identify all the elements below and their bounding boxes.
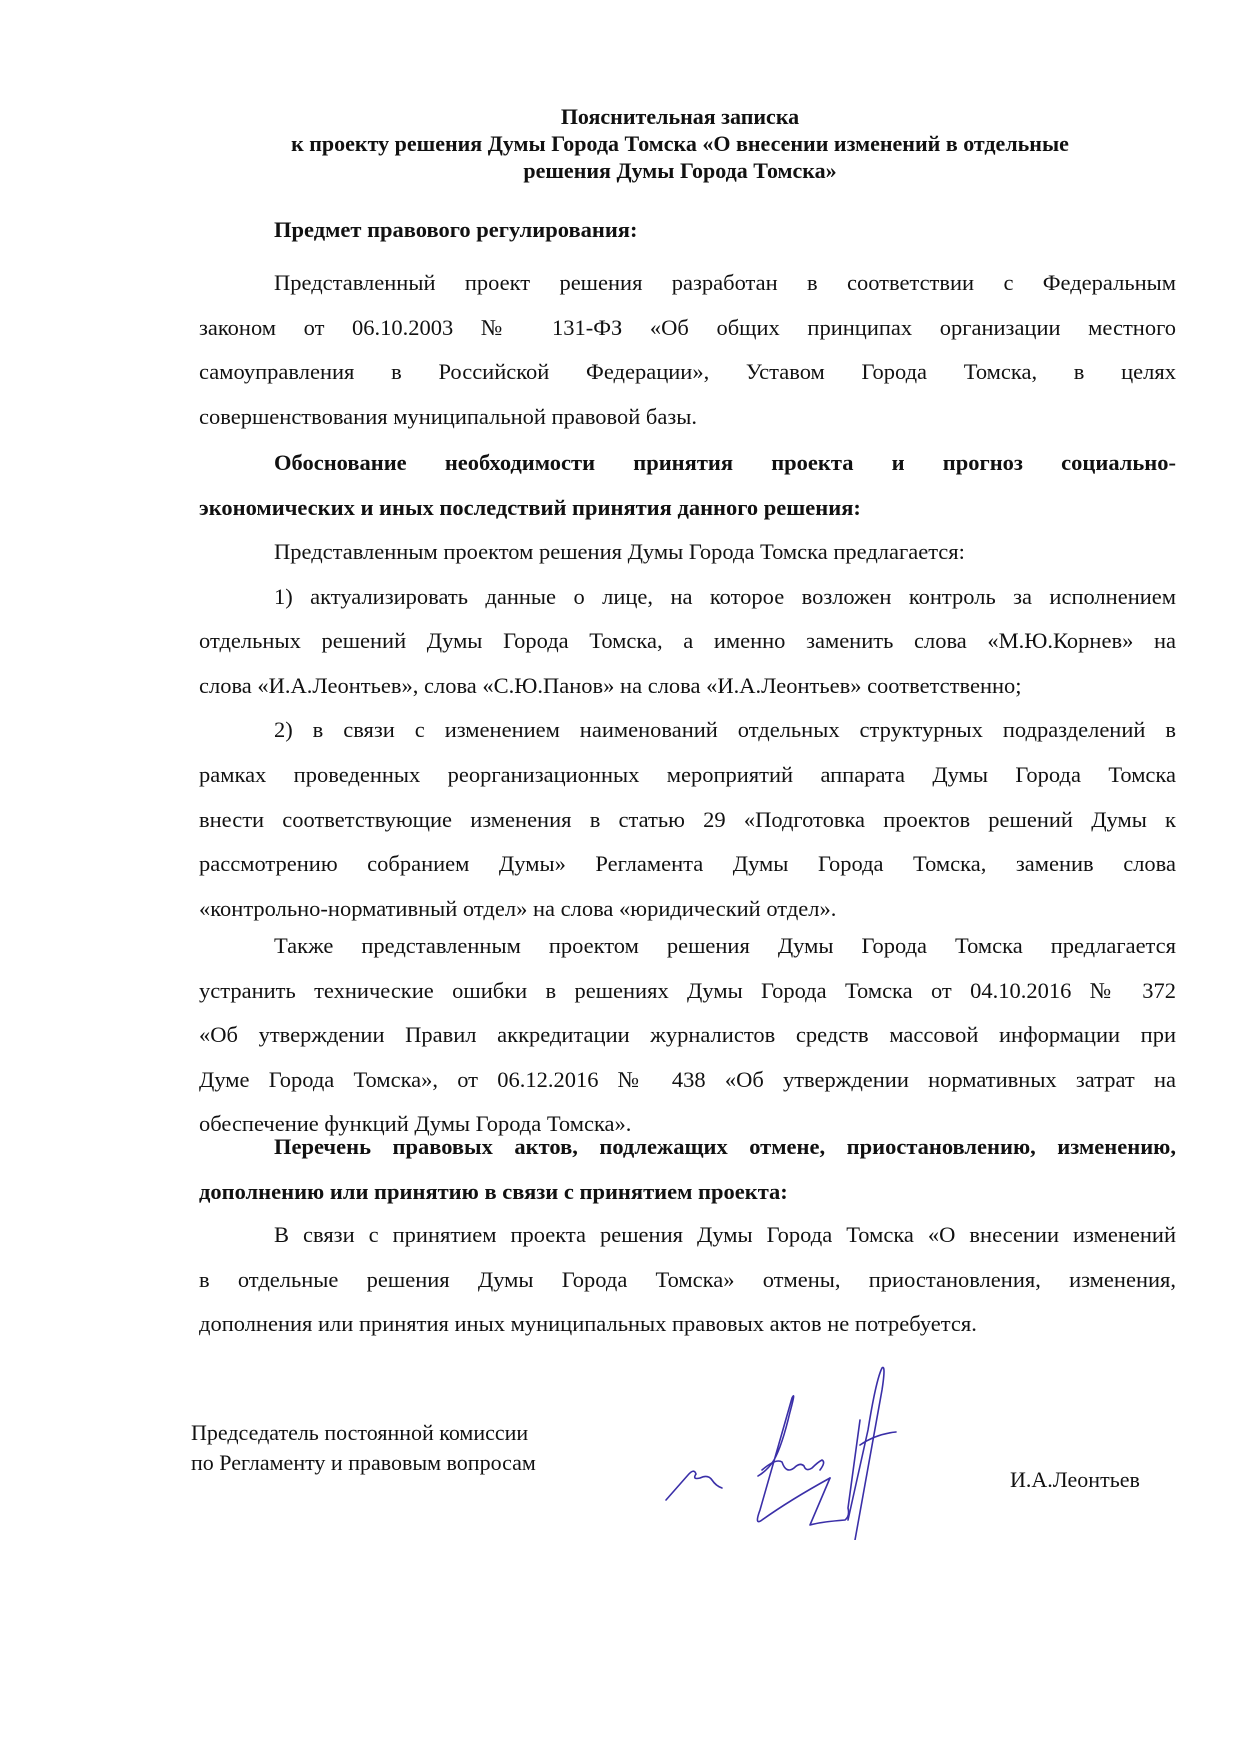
heading-line: Перечень правовых актов, подлежащих отме… — [199, 1125, 1176, 1170]
text-line: Представленным проектом решения Думы Гор… — [199, 530, 1176, 575]
handwritten-signature — [650, 1350, 900, 1540]
title-line: решения Думы Города Томска» — [200, 157, 1160, 184]
section-heading-subject: Предмет правового регулирования: — [199, 208, 1176, 253]
text-line: Представленный проект решения разработан… — [199, 261, 1176, 306]
heading-line: дополнению или принятию в связи с принят… — [199, 1170, 1176, 1215]
section-justification-body: Представленным проектом решения Думы Гор… — [199, 530, 1176, 931]
text-line: устранить технические ошибки в решениях … — [199, 969, 1176, 1014]
text-line: «Об утверждении Правил аккредитации журн… — [199, 1013, 1176, 1058]
text-line: рамках проведенных реорганизационных мер… — [199, 753, 1176, 798]
section-subject-body: Представленный проект решения разработан… — [199, 261, 1176, 439]
text-line: внести соответствующие изменения в стать… — [199, 798, 1176, 843]
title-line: к проекту решения Думы Города Томска «О … — [200, 130, 1160, 157]
text-line: дополнения или принятия иных муниципальн… — [199, 1302, 1176, 1347]
text-line: слова «И.А.Леонтьев», слова «С.Ю.Панов» … — [199, 664, 1176, 709]
text-line: Думе Города Томска», от 06.12.2016 № 438… — [199, 1058, 1176, 1103]
section-heading-justification: Обоснование необходимости принятия проек… — [199, 441, 1176, 530]
text-line: самоуправления в Российской Федерации», … — [199, 350, 1176, 395]
document-page: Пояснительная записка к проекту решения … — [0, 0, 1240, 1753]
heading-line: Обоснование необходимости принятия проек… — [199, 441, 1176, 486]
document-title: Пояснительная записка к проекту решения … — [200, 103, 1160, 184]
text-line: 2) в связи с изменением наименований отд… — [199, 708, 1176, 753]
position-line: Председатель постоянной комиссии — [191, 1418, 536, 1448]
signer-position: Председатель постоянной комиссии по Регл… — [191, 1418, 536, 1478]
section-also-body: Также представленным проектом решения Ду… — [199, 924, 1176, 1147]
text-line: в отдельные решения Думы Города Томска» … — [199, 1258, 1176, 1303]
heading-text: Предмет правового регулирования: — [199, 217, 637, 242]
title-line: Пояснительная записка — [200, 103, 1160, 130]
heading-line: экономических и иных последствий приняти… — [199, 486, 1176, 531]
section-heading-acts-list: Перечень правовых актов, подлежащих отме… — [199, 1125, 1176, 1214]
signer-name: И.А.Леонтьев — [1010, 1467, 1140, 1493]
text-line: Также представленным проектом решения Ду… — [199, 924, 1176, 969]
section-acts-list-body: В связи с принятием проекта решения Думы… — [199, 1213, 1176, 1347]
text-line: В связи с принятием проекта решения Думы… — [199, 1213, 1176, 1258]
text-line: законом от 06.10.2003 № 131-ФЗ «Об общих… — [199, 306, 1176, 351]
position-line: по Регламенту и правовым вопросам — [191, 1448, 536, 1478]
text-line: совершенствования муниципальной правовой… — [199, 395, 1176, 440]
text-line: 1) актуализировать данные о лице, на кот… — [199, 575, 1176, 620]
text-line: отдельных решений Думы Города Томска, а … — [199, 619, 1176, 664]
text-line: рассмотрению собранием Думы» Регламента … — [199, 842, 1176, 887]
